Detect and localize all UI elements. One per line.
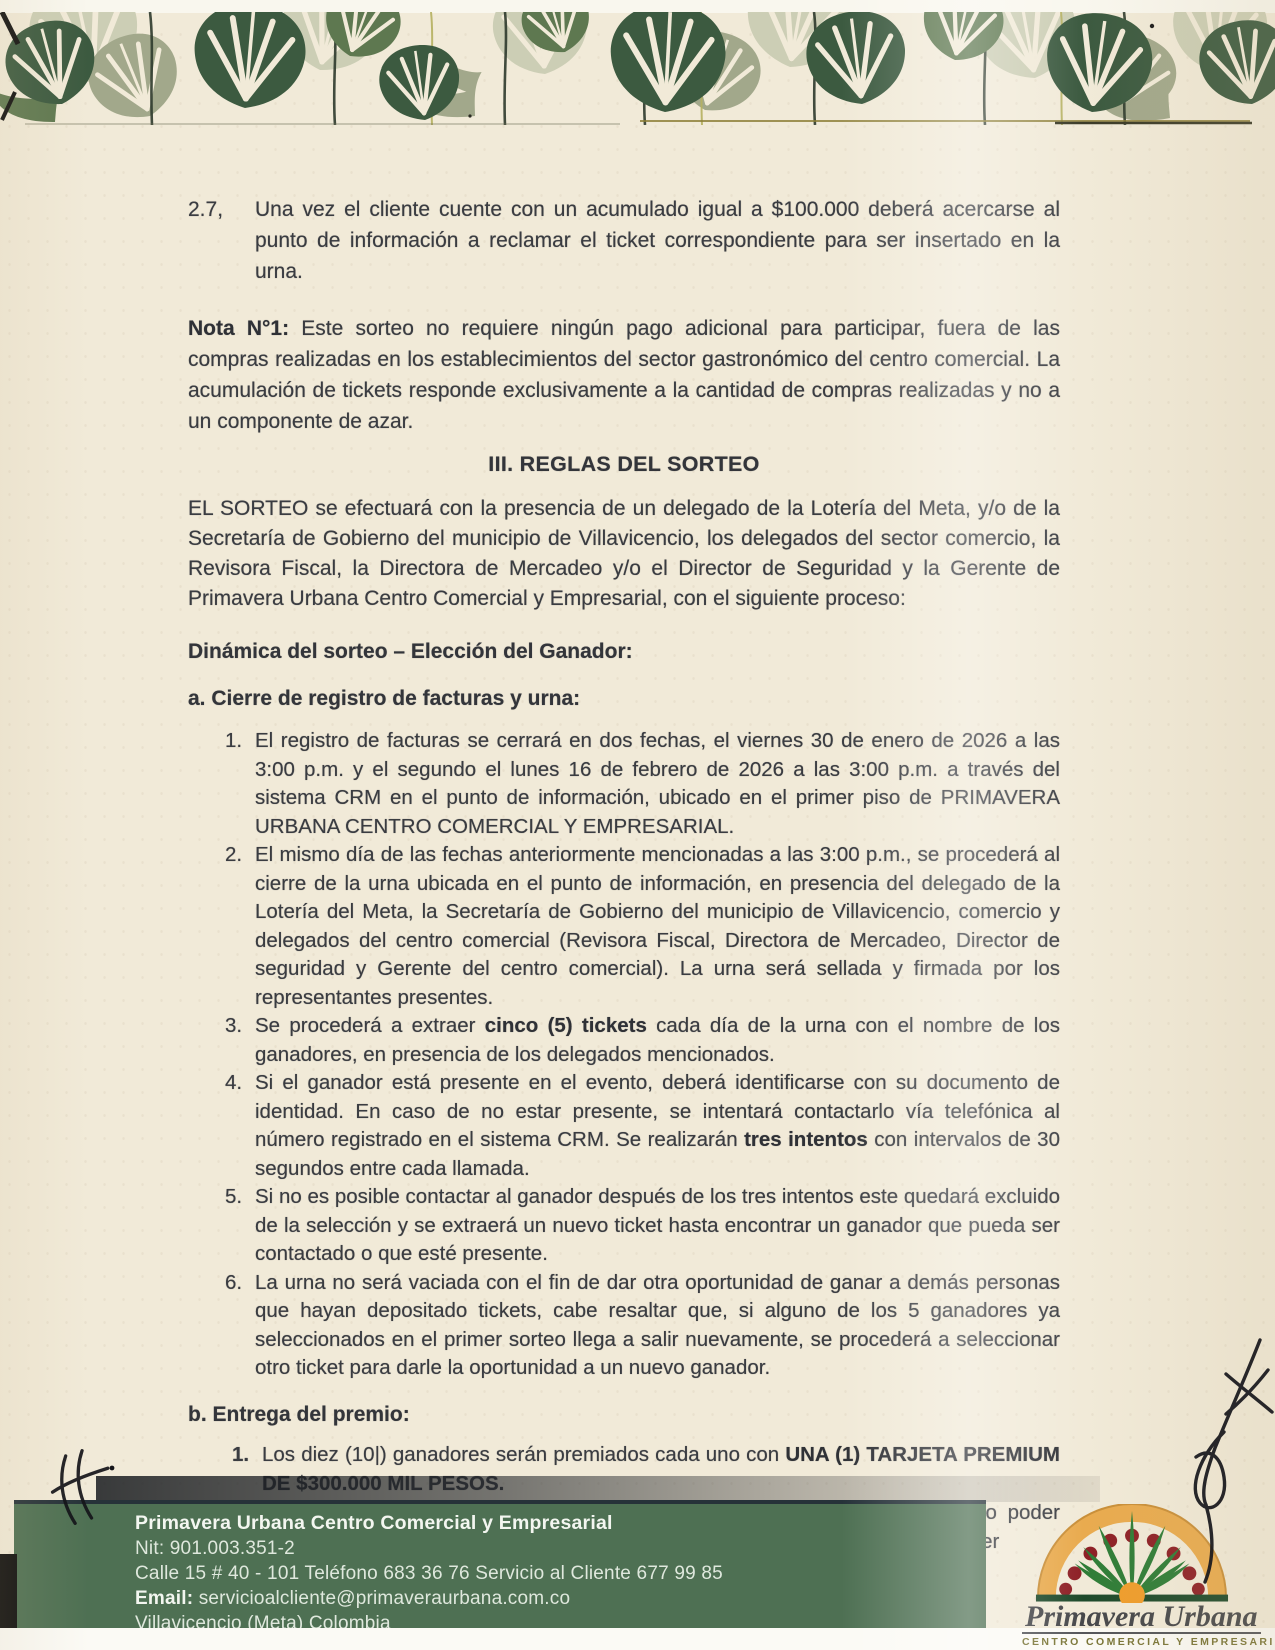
subheading-section-b: b. Entrega del premio:: [188, 1400, 1060, 1430]
clause-text: Una vez el cliente cuente con un acumula…: [255, 198, 1060, 283]
list-item-number: 4.: [225, 1069, 242, 1098]
footer-nit: Nit: 901.003.351-2: [135, 1536, 986, 1561]
logo-subtitle: CENTRO COMERCIAL Y EMPRESARIAL: [1022, 1636, 1242, 1648]
list-item: 3. Se procederá a extraer cinco (5) tick…: [225, 1012, 1060, 1069]
scan-black-edge: [0, 1554, 17, 1628]
footer-email-label: Email:: [135, 1588, 193, 1609]
logo-title: Primavera Urbana: [1022, 1601, 1261, 1634]
section-a-list: 1. El registro de facturas se cerrará en…: [225, 727, 1060, 1383]
list-item: 5. Si no es posible contactar al ganador…: [225, 1183, 1060, 1269]
list-item-number: 1.: [232, 1440, 249, 1469]
note-paragraph: Nota N°1: Este sorteo no requiere ningún…: [188, 313, 1060, 437]
note-text: Este sorteo no requiere ningún pago adic…: [188, 317, 1060, 433]
scanned-document-page: 2.7, Una vez el cliente cuente con un ac…: [0, 0, 1275, 1650]
footer-bar: Primavera Urbana Centro Comercial y Empr…: [14, 1500, 986, 1628]
intro-paragraph: EL SORTEO se efectuará con la presencia …: [188, 494, 1060, 614]
document-body: 2.7, Una vez el cliente cuente con un ac…: [188, 194, 1060, 1556]
list-item: 4. Si el ganador está presente en el eve…: [225, 1069, 1060, 1183]
list-item: 2. El mismo día de las fechas anteriorme…: [225, 841, 1060, 1012]
handwritten-signature-mark: [1166, 1336, 1275, 1586]
footer-email-value: servicioalcliente@primaveraurbana.com.co: [193, 1588, 570, 1609]
list-item-number: 2.: [225, 841, 242, 870]
list-item-number: 1.: [225, 727, 242, 756]
footer-email: Email: servicioalcliente@primaveraurbana…: [135, 1586, 986, 1611]
section-heading-rules: III. REGLAS DEL SORTEO: [188, 449, 1060, 479]
list-item: 6. La urna no será vaciada con el fin de…: [225, 1269, 1060, 1383]
footer-address-phone: Calle 15 # 40 - 101 Teléfono 683 36 76 S…: [135, 1561, 986, 1586]
footer-company-name: Primavera Urbana Centro Comercial y Empr…: [135, 1511, 986, 1536]
scan-smudge-band: [96, 1476, 1100, 1502]
handwritten-initials-mark: [46, 1446, 118, 1528]
list-item: 1. El registro de facturas se cerrará en…: [225, 727, 1060, 841]
list-item-number: 3.: [225, 1012, 242, 1041]
note-label: Nota N°1:: [188, 317, 289, 340]
list-item-number: 5.: [225, 1183, 242, 1212]
subheading-dynamics: Dinámica del sorteo – Elección del Ganad…: [188, 637, 1060, 667]
subheading-section-a: a. Cierre de registro de facturas y urna…: [188, 684, 1060, 714]
clause-2-7: 2.7, Una vez el cliente cuente con un ac…: [188, 194, 1060, 287]
clause-number: 2.7,: [188, 194, 223, 225]
tropical-leaf-border-art: [0, 12, 1275, 125]
list-item-number: 6.: [225, 1269, 242, 1298]
